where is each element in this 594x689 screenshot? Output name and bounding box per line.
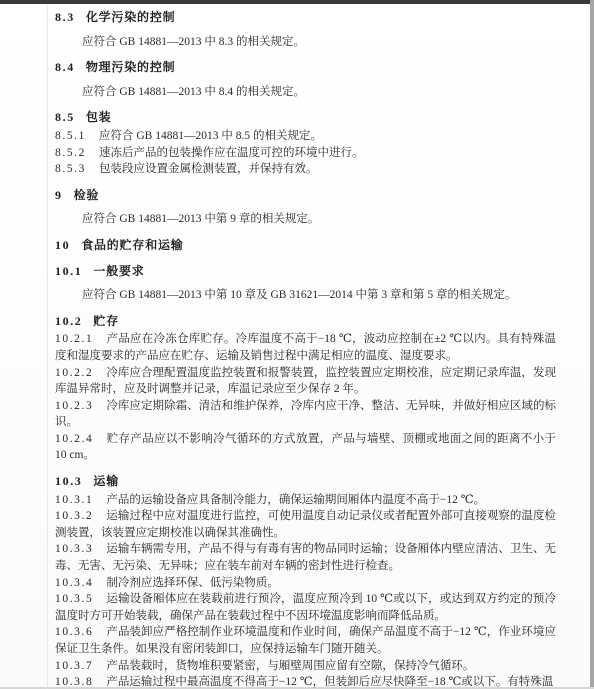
clause-paragraph: 10.3.7产品装载时，货物堆积要紧密，与厢壁周围应留有空隙，保持冷气循环。 bbox=[55, 658, 556, 675]
clause-number: 10.3.2 bbox=[55, 508, 93, 525]
section-number: 8.5 bbox=[55, 109, 75, 126]
section-title: 检验 bbox=[74, 188, 100, 202]
section-number: 10.3 bbox=[55, 473, 82, 490]
clause-number: 10.3.3 bbox=[55, 541, 93, 558]
paragraph-text: 冷库应定期除霜、清洁和维护保养，冷库内应干净、整洁、无异味，并做好相应区域的标识… bbox=[55, 400, 556, 429]
clause-number: 10.3.8 bbox=[55, 674, 93, 689]
clause-paragraph: 10.3.4制冷剂应选择环保、低污染物质。 bbox=[55, 575, 556, 592]
section-title: 运输 bbox=[93, 474, 119, 488]
clause-number: 10.2.2 bbox=[55, 365, 93, 382]
clause-number: 8.5.1 bbox=[55, 128, 86, 145]
clause-paragraph: 10.2.3冷库应定期除霜、清洁和维护保养，冷库内应干净、整洁、无异味，并做好相… bbox=[55, 398, 556, 431]
section-number: 8.3 bbox=[55, 9, 75, 26]
clause-number: 10.3.7 bbox=[55, 658, 93, 675]
indent-paragraph: 应符合 GB 14881—2013 中第 9 章的相关规定。 bbox=[55, 211, 556, 228]
section-heading: 9检验 bbox=[55, 187, 556, 204]
paragraph-text: 制冷剂应选择环保、低污染物质。 bbox=[106, 577, 279, 589]
section-heading: 10食品的贮存和运输 bbox=[55, 237, 556, 254]
paragraph-text: 应符合 GB 14881—2013 中 8.4 的相关规定。 bbox=[82, 86, 305, 98]
clause-paragraph: 10.2.2冷库应合理配置温度监控装置和报警装置，监控装置应定期校准，应定期记录… bbox=[55, 365, 556, 398]
section-number: 10.2 bbox=[55, 313, 82, 330]
clause-number: 10.2.1 bbox=[55, 331, 93, 348]
clause-paragraph: 8.5.1应符合 GB 14881—2013 中 8.5 的相关规定。 bbox=[55, 128, 556, 145]
section-heading: 8.5包装 bbox=[55, 109, 556, 126]
section-number: 10 bbox=[55, 237, 70, 254]
paragraph-text: 运输设备厢体应在装载前进行预冷，温度应预冷到 10 ℃或以下，或达到双方约定的预… bbox=[55, 593, 556, 622]
clause-number: 10.3.1 bbox=[55, 492, 93, 509]
section-title: 化学污染的控制 bbox=[86, 10, 176, 24]
section-title: 包装 bbox=[86, 110, 112, 124]
clause-number: 8.5.2 bbox=[55, 145, 86, 162]
clause-paragraph: 10.2.1产品应在冷冻仓库贮存。冷库温度不高于−18 ℃，波动应控制在±2 ℃… bbox=[55, 331, 556, 364]
paragraph-text: 产品装卸应严格控制作业环境温度和作业时间，确保产品温度不高于−12 ℃，作业环境… bbox=[55, 626, 556, 655]
clause-paragraph: 8.5.2速冻后产品的包装操作应在温度可控的环境中进行。 bbox=[55, 145, 556, 162]
scan-top-edge bbox=[0, 0, 594, 4]
section-heading: 8.3化学污染的控制 bbox=[55, 9, 556, 26]
section-heading: 8.4物理污染的控制 bbox=[55, 59, 556, 76]
paragraph-text: 应符合 GB 14881—2013 中 8.3 的相关规定。 bbox=[82, 36, 305, 48]
indent-paragraph: 应符合 GB 14881—2013 中 8.4 的相关规定。 bbox=[55, 84, 556, 101]
clause-number: 10.2.4 bbox=[55, 431, 93, 448]
paragraph-text: 冷库应合理配置温度监控装置和报警装置，监控装置应定期校准，应定期记录库温，发现库… bbox=[55, 367, 556, 396]
paragraph-text: 包装段应设置金属检测装置，并保持有效。 bbox=[99, 163, 318, 175]
paragraph-text: 速冻后产品的包装操作应在温度可控的环境中进行。 bbox=[99, 147, 364, 159]
indent-paragraph: 应符合 GB 14881—2013 中 8.3 的相关规定。 bbox=[55, 34, 556, 51]
paragraph-text: 应符合 GB 14881—2013 中第 10 章及 GB 31621—2014… bbox=[82, 289, 516, 301]
clause-paragraph: 10.3.1产品的运输设备应具备制冷能力，确保运输期间厢体内温度不高于−12 ℃… bbox=[55, 492, 556, 509]
paragraph-text: 运输车辆需专用，产品不得与有毒有害的物品同时运输；设备厢体内壁应清洁、卫生、无毒… bbox=[55, 543, 556, 572]
paragraph-text: 产品装载时，货物堆积要紧密，与厢壁周围应留有空隙，保持冷气循环。 bbox=[106, 660, 474, 672]
paragraph-text: 贮存产品应以不影响冷气循环的方式放置，产品与墙壁、顶棚或地面之间的距离不小于 1… bbox=[55, 433, 556, 462]
clause-paragraph: 10.3.2运输过程中应对温度进行监控，可使用温度自动记录仪或者配置外部可直接观… bbox=[55, 508, 556, 541]
section-heading: 10.1一般要求 bbox=[55, 263, 556, 280]
clause-paragraph: 8.5.3包装段应设置金属检测装置，并保持有效。 bbox=[55, 161, 556, 178]
paragraph-text: 产品运输过程中最高温度不得高于−12 ℃，但装卸后应尽快降至−18 ℃或以下。有… bbox=[106, 676, 553, 688]
section-heading: 10.2贮存 bbox=[55, 313, 556, 330]
section-number: 10.1 bbox=[55, 263, 82, 280]
clause-number: 10.3.6 bbox=[55, 624, 93, 641]
clause-number: 10.3.4 bbox=[55, 575, 93, 592]
scan-right-edge bbox=[590, 0, 594, 689]
paragraph-text: 产品应在冷冻仓库贮存。冷库温度不高于−18 ℃，波动应控制在±2 ℃以内。具有特… bbox=[55, 333, 556, 362]
section-title: 一般要求 bbox=[93, 264, 144, 278]
paragraph-text: 产品的运输设备应具备制冷能力，确保运输期间厢体内温度不高于−12 ℃。 bbox=[106, 494, 485, 506]
paragraph-text: 应符合 GB 14881—2013 中第 9 章的相关规定。 bbox=[82, 213, 319, 225]
clause-paragraph: 10.3.8产品运输过程中最高温度不得高于−12 ℃，但装卸后应尽快降至−18 … bbox=[55, 674, 556, 689]
clause-paragraph: 10.3.5运输设备厢体应在装载前进行预冷，温度应预冷到 10 ℃或以下，或达到… bbox=[55, 591, 556, 624]
paragraph-text: 运输过程中应对温度进行监控，可使用温度自动记录仪或者配置外部可直接观察的温度检测… bbox=[55, 510, 556, 539]
section-title: 食品的贮存和运输 bbox=[81, 238, 183, 252]
section-title: 物理污染的控制 bbox=[86, 60, 176, 74]
scan-left-fold bbox=[47, 4, 48, 689]
clause-paragraph: 10.2.4贮存产品应以不影响冷气循环的方式放置，产品与墙壁、顶棚或地面之间的距… bbox=[55, 431, 556, 464]
section-number: 9 bbox=[55, 187, 63, 204]
clause-number: 10.3.5 bbox=[55, 591, 93, 608]
clause-number: 8.5.3 bbox=[55, 161, 86, 178]
clause-paragraph: 10.3.3运输车辆需专用，产品不得与有毒有害的物品同时运输；设备厢体内壁应清洁… bbox=[55, 541, 556, 574]
section-number: 8.4 bbox=[55, 59, 75, 76]
section-title: 贮存 bbox=[93, 314, 119, 328]
document-content: 8.3化学污染的控制应符合 GB 14881—2013 中 8.3 的相关规定。… bbox=[55, 5, 556, 689]
clause-number: 10.2.3 bbox=[55, 398, 93, 415]
clause-paragraph: 10.3.6产品装卸应严格控制作业环境温度和作业时间，确保产品温度不高于−12 … bbox=[55, 624, 556, 657]
paragraph-text: 应符合 GB 14881—2013 中 8.5 的相关规定。 bbox=[99, 130, 322, 142]
indent-paragraph: 应符合 GB 14881—2013 中第 10 章及 GB 31621—2014… bbox=[55, 287, 556, 304]
scanned-document-page: 8.3化学污染的控制应符合 GB 14881—2013 中 8.3 的相关规定。… bbox=[0, 0, 594, 689]
section-heading: 10.3运输 bbox=[55, 473, 556, 490]
